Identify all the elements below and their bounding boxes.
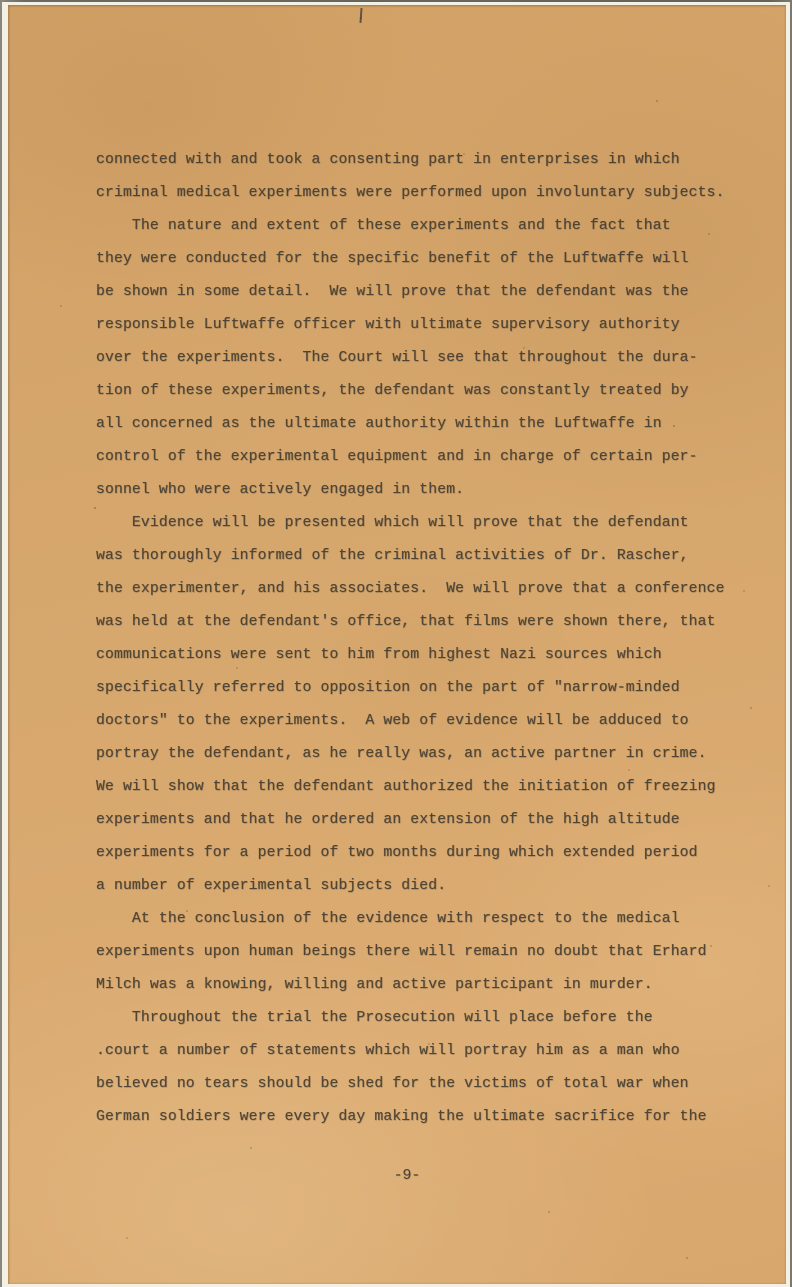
text-line: responsible Luftwaffe officer with ultim…	[96, 309, 736, 342]
text-line: Milch was a knowing, willing and active …	[96, 969, 736, 1002]
paragraph: At the conclusion of the evidence with r…	[96, 903, 736, 1002]
text-line: over the experiments. The Court will see…	[96, 342, 736, 375]
text-line: experiments for a period of two months d…	[96, 837, 736, 870]
text-line: believed no tears should be shed for the…	[96, 1068, 736, 1101]
text-line: Throughout the trial the Prosecution wil…	[96, 1002, 736, 1035]
text-line: The nature and extent of these experimen…	[96, 210, 736, 243]
ink-smudge	[359, 8, 362, 23]
paragraph: The nature and extent of these experimen…	[96, 210, 736, 507]
text-line: a number of experimental subjects died.	[96, 870, 736, 903]
text-line: was held at the defendant's office, that…	[96, 606, 736, 639]
paper-specks	[8, 5, 10, 7]
paragraph: Throughout the trial the Prosecution wil…	[96, 1002, 736, 1134]
text-line: sonnel who were actively engaged in them…	[96, 474, 736, 507]
text-line: be shown in some detail. We will prove t…	[96, 276, 736, 309]
document-page: connected with and took a consenting par…	[8, 5, 786, 1284]
text-line: was thoroughly informed of the criminal …	[96, 540, 736, 573]
text-line: control of the experimental equipment an…	[96, 441, 736, 474]
text-line: portray the defendant, as he really was,…	[96, 738, 736, 771]
text-line: communications were sent to him from hig…	[96, 639, 736, 672]
text-line: tion of these experiments, the defendant…	[96, 375, 736, 408]
text-line: doctors" to the experiments. A web of ev…	[96, 705, 736, 738]
page-number: -9-	[96, 1168, 718, 1184]
typewritten-text: connected with and took a consenting par…	[96, 144, 736, 1134]
text-line: experiments upon human beings there will…	[96, 936, 736, 969]
text-line: they were conducted for the specific ben…	[96, 243, 736, 276]
text-line: experiments and that he ordered an exten…	[96, 804, 736, 837]
text-line: German soldiers were every day making th…	[96, 1101, 736, 1134]
text-line: Evidence will be presented which will pr…	[96, 507, 736, 540]
text-line: .court a number of statements which will…	[96, 1035, 736, 1068]
text-line: We will show that the defendant authoriz…	[96, 771, 736, 804]
text-line: criminal medical experiments were perfor…	[96, 177, 736, 210]
text-line: all concerned as the ultimate authority …	[96, 408, 736, 441]
paragraph: Evidence will be presented which will pr…	[96, 507, 736, 903]
text-line: the experimenter, and his associates. We…	[96, 573, 736, 606]
paragraph: connected with and took a consenting par…	[96, 144, 736, 210]
text-line: connected with and took a consenting par…	[96, 144, 736, 177]
text-line: At the conclusion of the evidence with r…	[96, 903, 736, 936]
text-line: specifically referred to opposition on t…	[96, 672, 736, 705]
